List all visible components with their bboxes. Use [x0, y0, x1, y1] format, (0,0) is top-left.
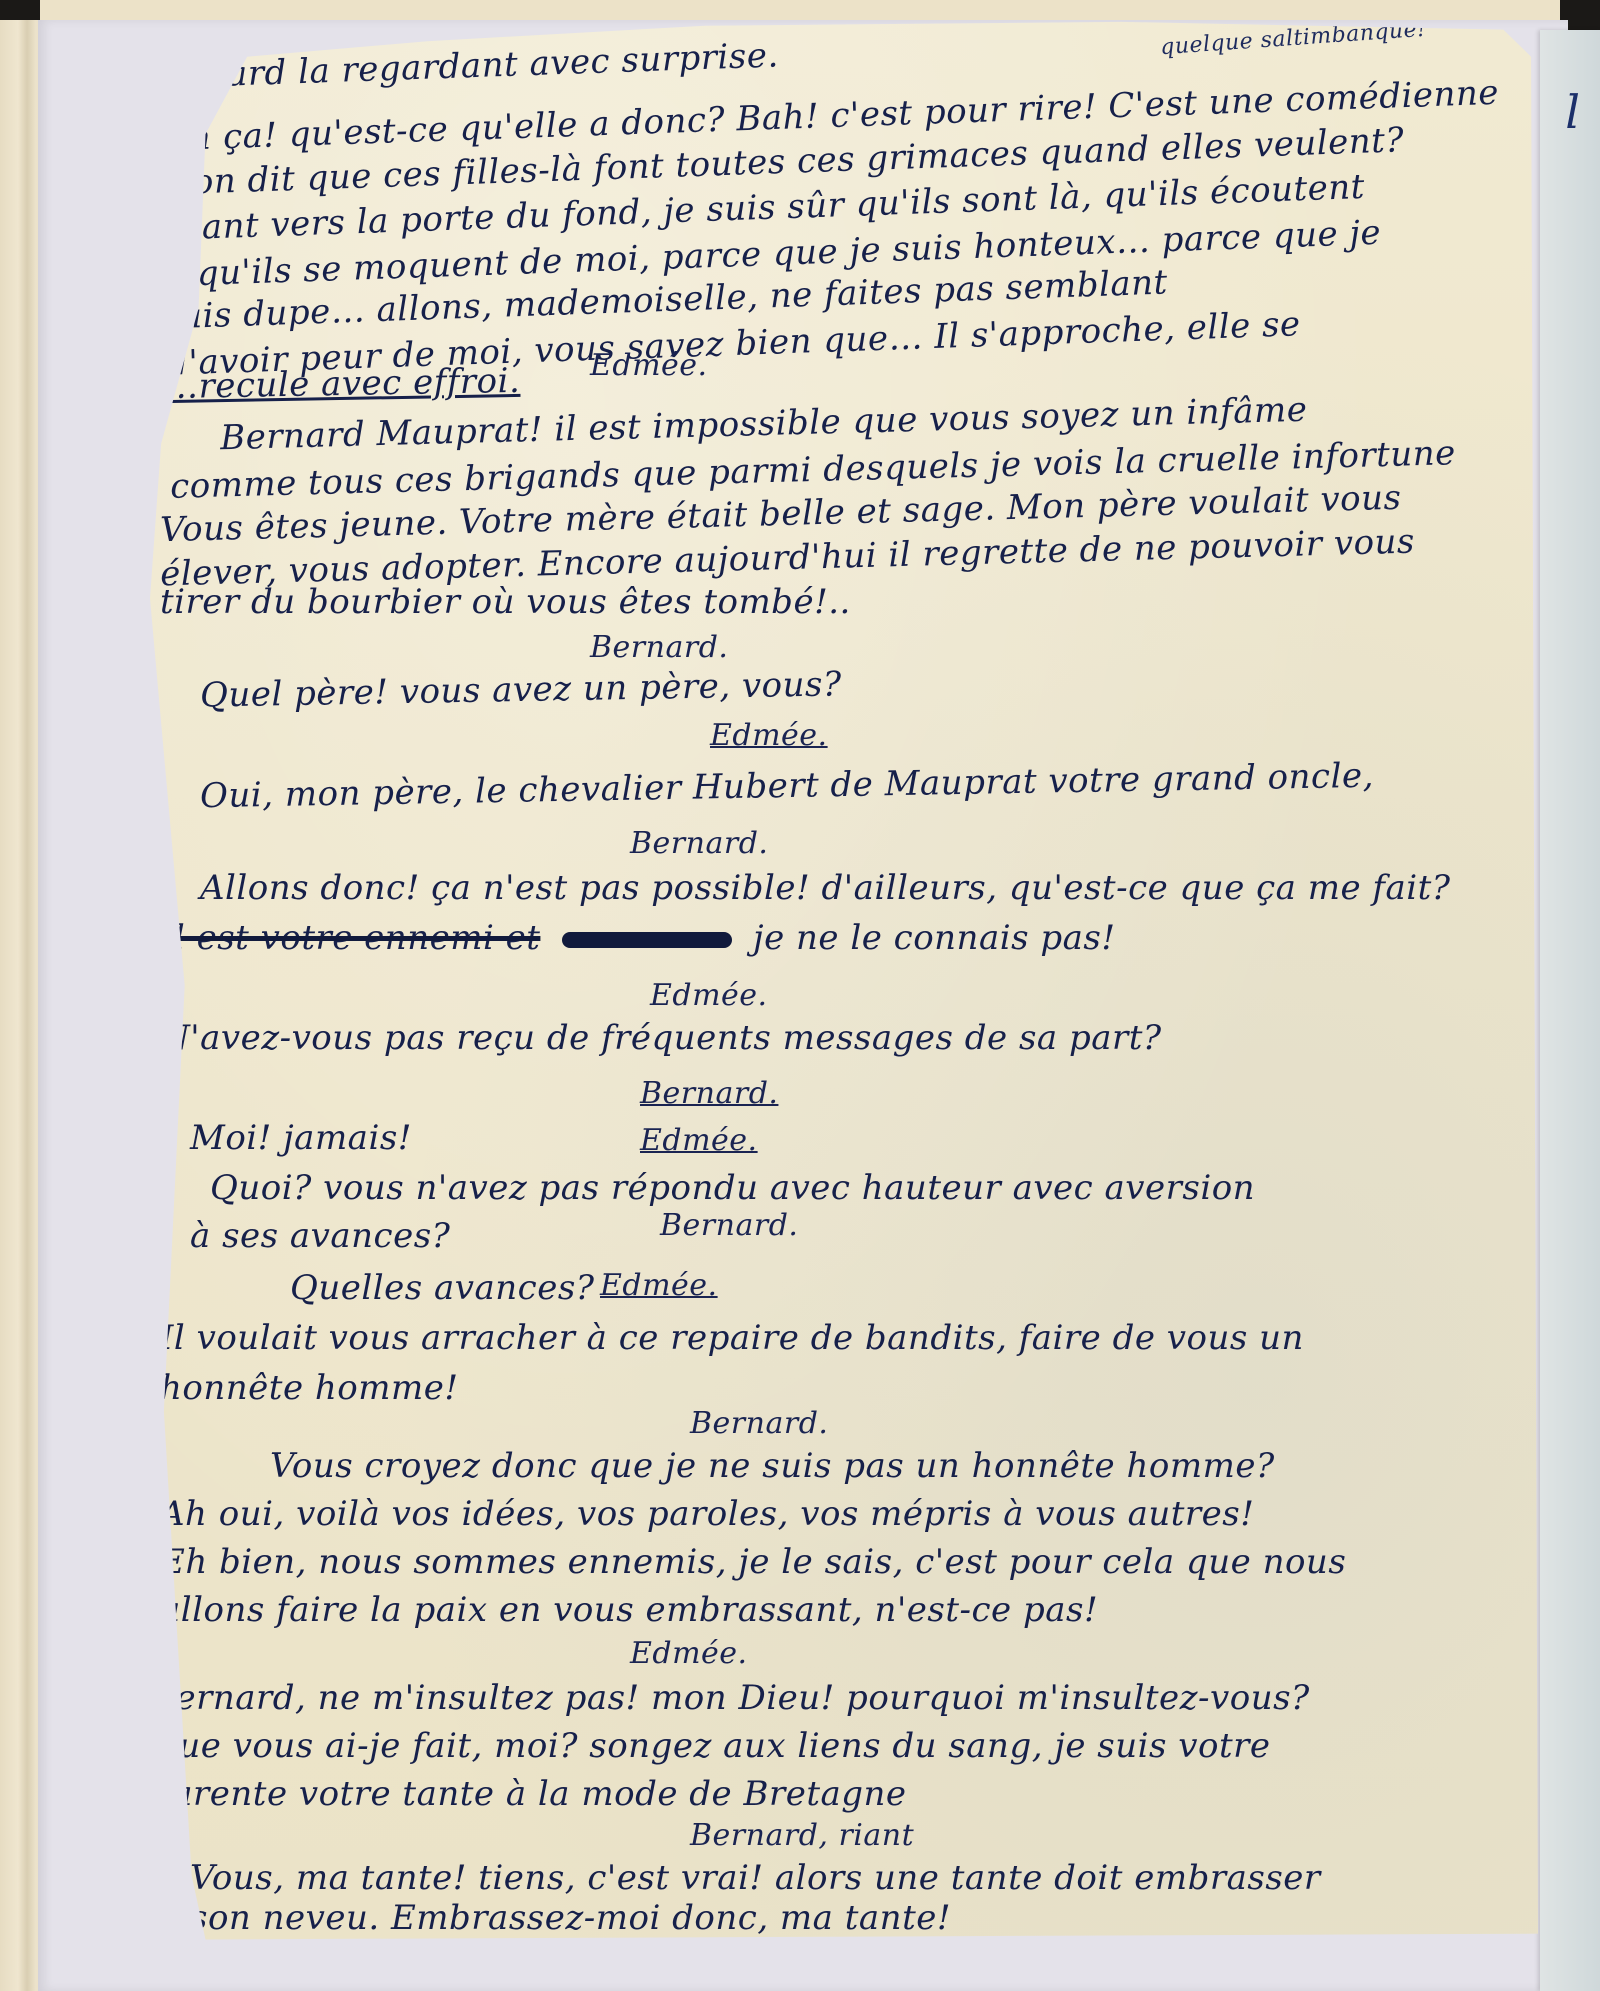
dialogue-line: Quelles avances? [290, 1268, 595, 1308]
dialogue-line: parente votre tante à la mode de Bretagn… [150, 1774, 907, 1814]
dialogue-line: Il est votre ennemi et je ne le connais … [160, 918, 1116, 958]
speaker-name: Bernard. [690, 1406, 828, 1441]
adjacent-page-glyph: l [1565, 85, 1580, 139]
dialogue-line: Ah oui, voilà vos idées, vos paroles, vo… [160, 1494, 1254, 1534]
speaker-name: Edmée. [630, 1636, 748, 1671]
dialogue-line: Allons donc! ça n'est pas possible! d'ai… [200, 868, 1451, 908]
speaker-name: Edmée. [600, 1268, 718, 1303]
dialogue-line: Vous croyez donc que je ne suis pas un h… [270, 1446, 1275, 1486]
speaker-name: Bernard, riant [690, 1818, 914, 1853]
speaker-name: Edmée. [650, 978, 768, 1013]
dialogue-line: son neveu. Embrassez-moi donc, ma tante! [190, 1898, 951, 1938]
speaker-name: Edmée. [590, 348, 708, 383]
speaker-name: Bernard. [630, 826, 768, 861]
speaker-name: Bernard. [640, 1076, 778, 1111]
dialogue-line: Il voulait vous arracher à ce repaire de… [160, 1318, 1304, 1358]
dialogue-line: Eh bien, nous sommes ennemis, je le sais… [160, 1542, 1346, 1582]
dialogue-line: Moi! jamais! [190, 1118, 412, 1158]
dialogue-line: tirer du bourbier où vous êtes tombé!.. [160, 582, 851, 622]
dialogue-line: à ses avances? [190, 1216, 450, 1256]
manuscript-page: quelque saltimbanque! …nard la regardant… [150, 18, 1538, 1953]
struck-text: Il est votre ennemi et [160, 918, 540, 958]
dialogue-line: Vous, ma tante! tiens, c'est vrai! alors… [190, 1858, 1321, 1898]
dialogue-line: Bernard, ne m'insultez pas! mon Dieu! po… [150, 1678, 1310, 1718]
adjacent-page: l [1540, 30, 1600, 1991]
dialogue-line: Quel père! vous avez un père, vous? [200, 664, 842, 715]
dialogue-line: Oui, mon père, le chevalier Hubert de Ma… [200, 756, 1374, 816]
stage-direction: …recule avec effroi. [164, 361, 521, 407]
ink-blot [562, 932, 732, 948]
dialogue-line: honnête homme! [160, 1368, 459, 1408]
speaker-name: Edmée. [710, 718, 828, 753]
speaker-name: Bernard. [660, 1208, 798, 1243]
speaker-name: Bernard. [590, 630, 728, 665]
speaker-name: Edmée. [640, 1123, 758, 1158]
dialogue-line: allons faire la paix en vous embrassant,… [160, 1590, 1098, 1630]
dialogue-text: je ne le connais pas! [753, 918, 1115, 958]
dialogue-line: N'avez-vous pas reçu de fréquents messag… [160, 1018, 1162, 1058]
dialogue-line: Quoi? vous n'avez pas répondu avec haute… [210, 1168, 1255, 1208]
dialogue-line: Que vous ai-je fait, moi? songez aux lie… [150, 1726, 1270, 1766]
